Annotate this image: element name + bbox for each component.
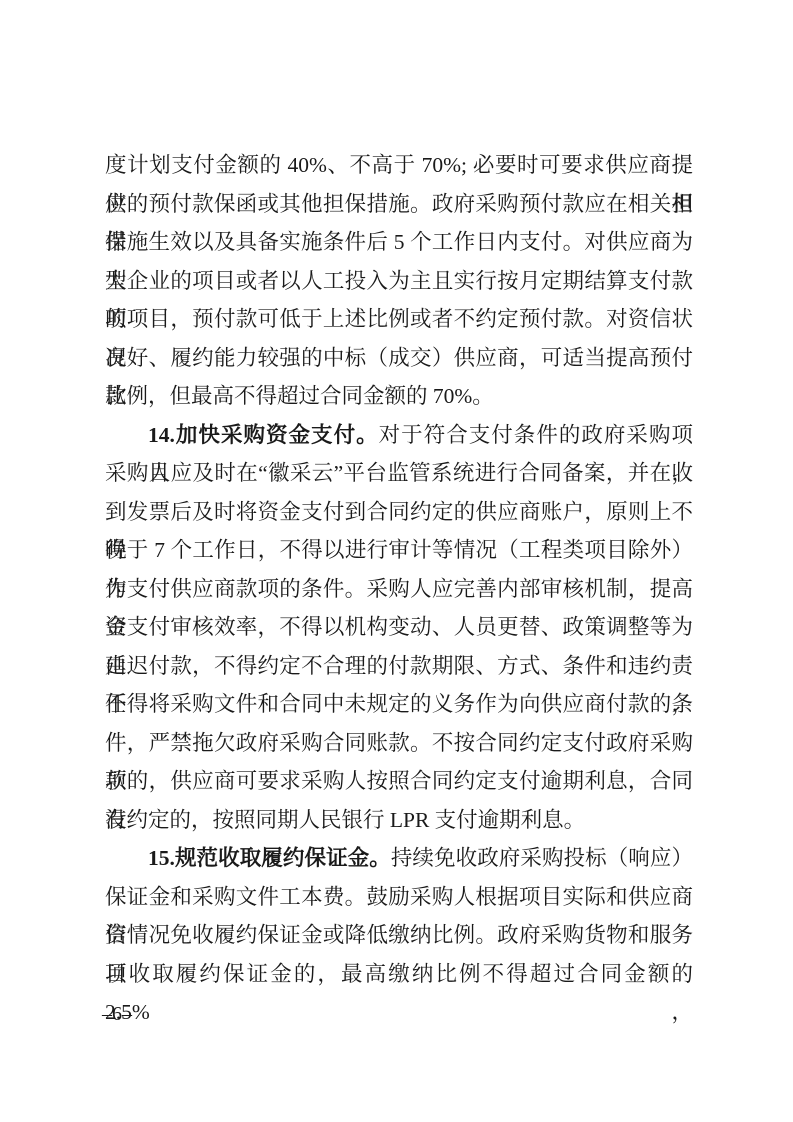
text-line: 不得将采购文件和合同中未规定的义务作为向供应商付款的条 — [105, 685, 693, 724]
text-line: 的项目，预付款可低于上述比例或者不约定预付款。对资信状况 — [105, 300, 693, 339]
text-line: 有约定的，按照同期人民银行 LPR 支付逾期利息。 — [105, 801, 693, 840]
text-run: 比例，但最高不得超过合同金额的 70%。 — [105, 384, 494, 408]
paragraph-heading: 14.加快采购资金支付。 — [148, 423, 379, 447]
text-line: 晚于 7 个工作日，不得以进行审计等情况（工程类项目除外）作 — [105, 531, 693, 570]
text-line: 15.规范收取履约保证金。持续免收政府采购投标（响应） — [105, 839, 693, 878]
paragraph-heading: 15.规范收取履约保证金。 — [148, 846, 391, 870]
text-line: 型企业的项目或者以人工投入为主且实行按月定期结算支付款项 — [105, 262, 693, 301]
text-line: 金支付审核效率，不得以机构变动、人员更替、政策调整等为由 — [105, 608, 693, 647]
text-line: 14.加快采购资金支付。对于符合支付条件的政府采购项目， — [105, 416, 693, 455]
text-line: 件，严禁拖欠政府采购合同账款。不按合同约定支付政府采购款 — [105, 724, 693, 763]
page-number: –6– — [102, 1001, 132, 1027]
text-run: 目收取履约保证金的，最高缴纳比例不得超过合同金额的 2.5%， — [105, 962, 693, 1025]
text-line: 信情况免收履约保证金或降低缴纳比例。政府采购货物和服务项 — [105, 916, 693, 955]
text-line: 采购人应及时在“徽采云”平台监管系统进行合同备案，并在收 — [105, 454, 693, 493]
text-line: 良好、履约能力较强的中标（成交）供应商，可适当提高预付款 — [105, 339, 693, 378]
text-line: 措施生效以及具备实施条件后 5 个工作日内支付。对供应商为大 — [105, 223, 693, 262]
text-line: 应的预付款保函或其他担保措施。政府采购预付款应在相关担保 — [105, 185, 693, 224]
text-line: 保证金和采购文件工本费。鼓励采购人根据项目实际和供应商资 — [105, 878, 693, 917]
text-line: 比例，但最高不得超过合同金额的 70%。 — [105, 377, 693, 416]
text-block: 度计划支付金额的 40%、不高于 70%; 必要时可要求供应商提供相应的预付款保… — [105, 146, 693, 993]
text-line: 到发票后及时将资金支付到合同约定的供应商账户，原则上不得 — [105, 493, 693, 532]
text-line: 度计划支付金额的 40%、不高于 70%; 必要时可要求供应商提供相 — [105, 146, 693, 185]
document-page: 度计划支付金额的 40%、不高于 70%; 必要时可要求供应商提供相应的预付款保… — [0, 0, 793, 1122]
text-line: 项的，供应商可要求采购人按照合同约定支付逾期利息，合同没 — [105, 762, 693, 801]
text-line: 延迟付款，不得约定不合理的付款期限、方式、条件和违约责任， — [105, 647, 693, 686]
text-run: 持续免收政府采购投标（响应） — [391, 846, 693, 870]
text-run: 有约定的，按照同期人民银行 LPR 支付逾期利息。 — [105, 808, 585, 832]
text-run: 不得将采购文件和合同中未规定的义务作为向供应商付款的条 — [105, 692, 693, 716]
text-run: 采购人应及时在“徽采云”平台监管系统进行合同备案，并在收 — [105, 461, 693, 485]
text-line: 目收取履约保证金的，最高缴纳比例不得超过合同金额的 2.5%， — [105, 955, 693, 994]
text-line: 为支付供应商款项的条件。采购人应完善内部审核机制，提高资 — [105, 570, 693, 609]
